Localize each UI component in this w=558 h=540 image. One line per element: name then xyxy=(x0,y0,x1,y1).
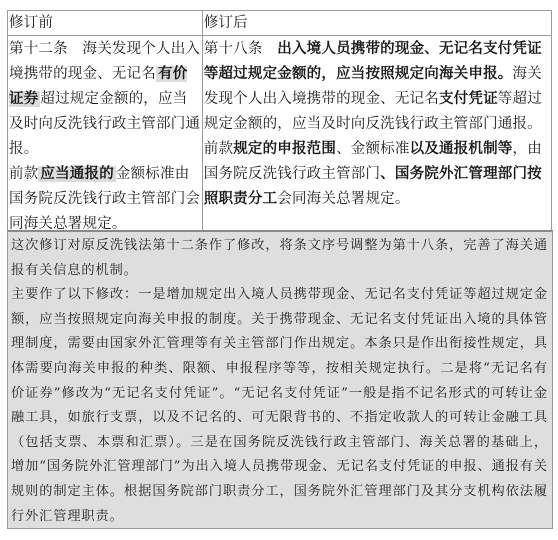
before-paragraph-2: 前款应当通报的金额标准由国务院反洗钱行政主管部门会同海关总署规定。 xyxy=(9,162,201,237)
text-segment: 、金额标准 xyxy=(336,141,410,157)
bold-text: 规定的申报范围 xyxy=(233,141,336,157)
text-segment: 前款 xyxy=(204,141,233,157)
after-paragraph-2: 前款规定的申报范围、金额标准以及通报机制等，由国务院反洗钱行政主管部门、国务院外… xyxy=(204,137,550,212)
header-before: 修订前 xyxy=(8,11,203,36)
text-segment: 会同海关总署规定。 xyxy=(277,191,409,207)
bold-text: 以及通报机制等 xyxy=(410,141,513,157)
highlighted-text: 应当通报的 xyxy=(38,166,116,182)
text-segment: 前款 xyxy=(9,166,38,182)
cell-before: 第十二条 海关发现个人出入境携带的现金、无记名有价证券超过规定金额的，应当及时向… xyxy=(8,36,203,238)
table-header-row: 修订前 修订后 xyxy=(8,11,552,36)
table-row: 第十二条 海关发现个人出入境携带的现金、无记名有价证券超过规定金额的，应当及时向… xyxy=(8,36,552,238)
explanation-paragraph-2: 主要作了以下修改：一是增加规定出入境人员携带现金、无记名支付凭证等超过规定金额，… xyxy=(11,283,548,529)
before-paragraph-1: 第十二条 海关发现个人出入境携带的现金、无记名有价证券超过规定金额的，应当及时向… xyxy=(9,37,201,162)
explanation-paragraph-1: 这次修订对原反洗钱法第十二条作了修改，将条文序号调整为第十八条，完善了海关通报有… xyxy=(11,234,548,283)
after-paragraph-1: 第十八条 出入境人员携带的现金、无记名支付凭证等超过规定金额的，应当按照规定向海… xyxy=(204,37,550,137)
cell-after: 第十八条 出入境人员携带的现金、无记名支付凭证等超过规定金额的，应当按照规定向海… xyxy=(202,36,551,238)
revision-explanation-box: 这次修订对原反洗钱法第十二条作了修改，将条文序号调整为第十八条，完善了海关通报有… xyxy=(7,230,553,529)
bold-text: 支付凭证 xyxy=(439,91,498,107)
header-after: 修订后 xyxy=(202,11,551,36)
text-segment: 第十八条 xyxy=(204,41,278,57)
revision-comparison-table: 修订前 修订后 第十二条 海关发现个人出入境携带的现金、无记名有价证券超过规定金… xyxy=(7,10,552,238)
